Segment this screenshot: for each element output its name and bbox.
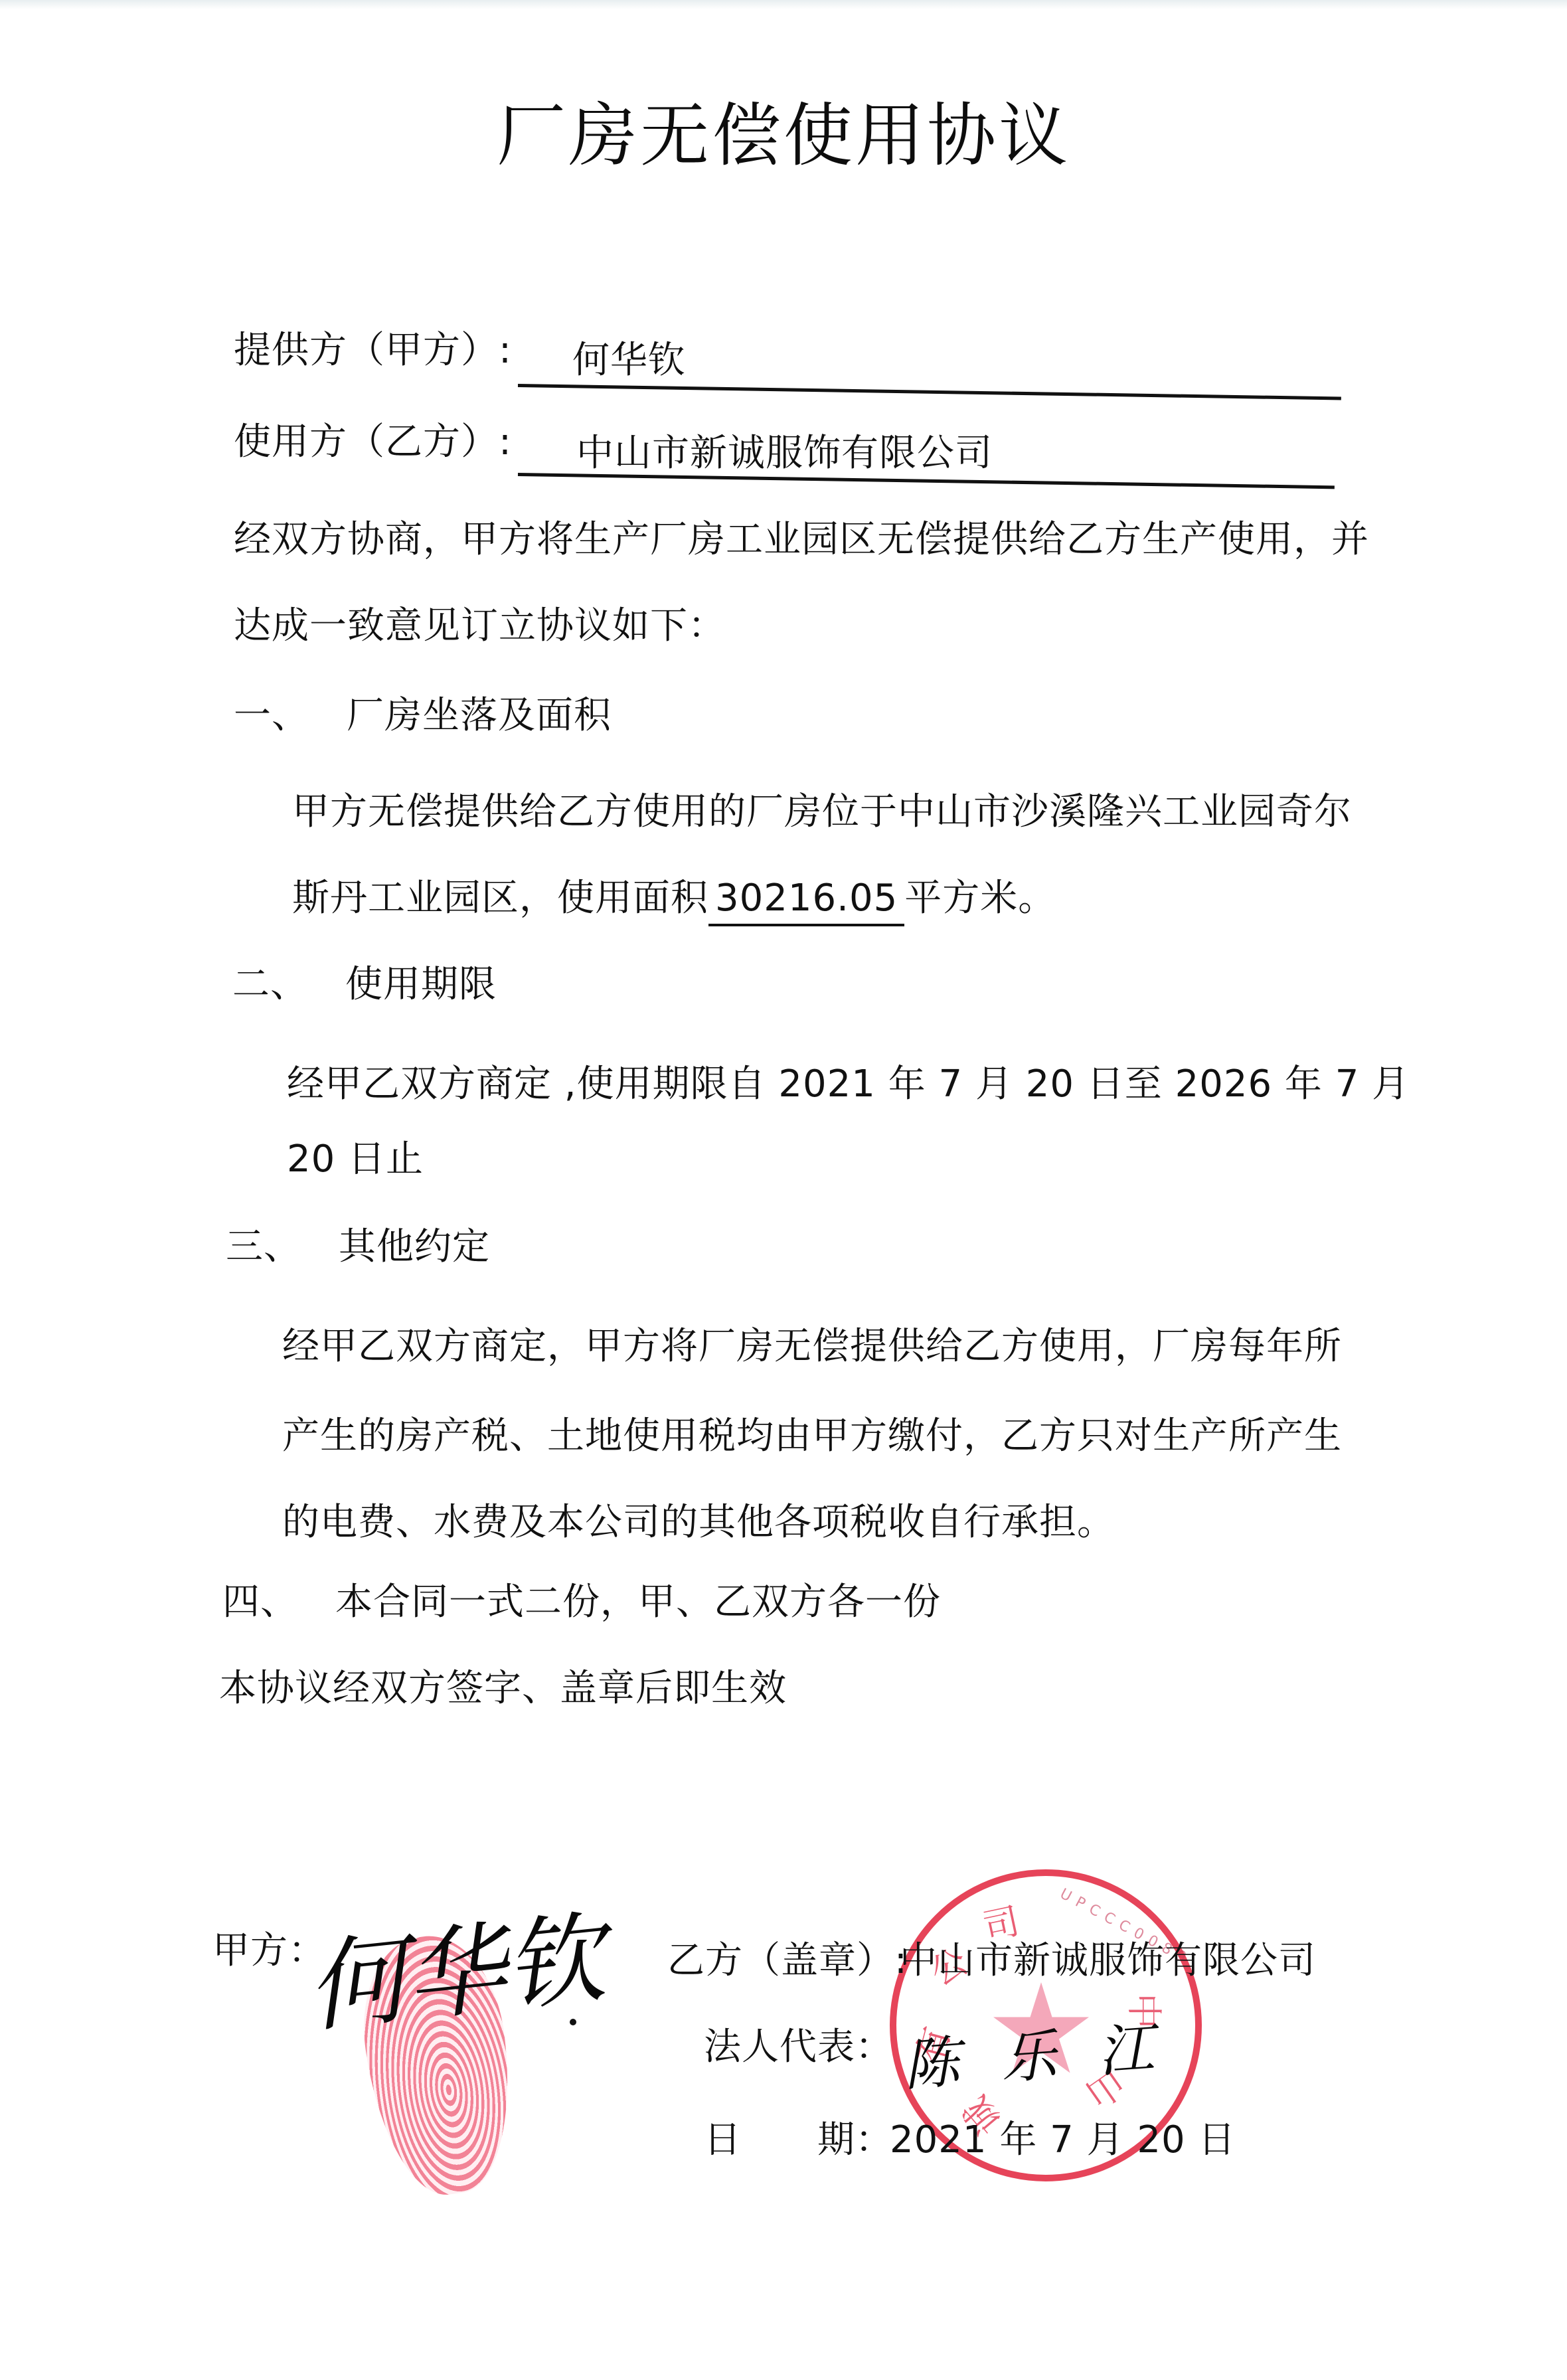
section-4-title: 本合同一式二份，甲、乙双方各一份 bbox=[335, 1580, 941, 1624]
section-3-title: 其他约定 bbox=[339, 1225, 490, 1268]
section-1-heading: 一、厂房坐落及面积 bbox=[234, 697, 612, 734]
scan-edge bbox=[0, 0, 1567, 9]
section-4-number: 四、 bbox=[222, 1584, 335, 1621]
user-value: 中山市新诚服饰有限公司 bbox=[576, 435, 993, 472]
section-1-number: 一、 bbox=[234, 697, 347, 734]
section-3-line-2: 产生的房产税、土地使用税均由甲方缴付，乙方只对生产所产生 bbox=[282, 1418, 1342, 1455]
provider-value: 何华钦 bbox=[572, 342, 686, 379]
preamble-line-1: 经双方协商，甲方将生产厂房工业园区无偿提供给乙方生产使用，并 bbox=[234, 521, 1369, 558]
area-unit: 平方米。 bbox=[904, 877, 1056, 920]
user-label: 使用方（乙方）: bbox=[234, 424, 512, 461]
area-prefix: 斯丹工业园区，使用面积 bbox=[292, 877, 708, 920]
section-3-number: 三、 bbox=[226, 1229, 339, 1266]
section-2-title: 使用期限 bbox=[345, 963, 497, 1006]
preamble-line-2: 达成一致意见订立协议如下： bbox=[234, 608, 726, 645]
party-b-company: 中山市新诚服饰有限公司 bbox=[900, 1942, 1316, 1980]
section-3-line-3: 的电费、水费及本公司的其他各项税收自行承担。 bbox=[282, 1504, 1115, 1541]
section-1-line-1: 甲方无偿提供给乙方使用的厂房位于中山市沙溪隆兴工业园奇尔 bbox=[292, 794, 1352, 831]
section-3-heading: 三、其他约定 bbox=[226, 1229, 490, 1266]
party-b-label: 乙方（盖章）: bbox=[667, 1942, 908, 1980]
signature-dot bbox=[570, 2019, 576, 2025]
effective-clause: 本协议经双方签字、盖章后即生效 bbox=[219, 1670, 787, 1707]
provider-underline bbox=[518, 384, 1341, 400]
section-1-line-2: 斯丹工业园区，使用面积30216.05平方米。 bbox=[292, 880, 1056, 917]
section-2-heading: 二、使用期限 bbox=[232, 966, 497, 1003]
area-value: 30216.05 bbox=[708, 877, 904, 926]
user-underline bbox=[518, 473, 1335, 489]
section-2-number: 二、 bbox=[232, 966, 345, 1003]
section-2-line-1: 经甲乙双方商定 ,使用期限自 2021 年 7 月 20 日至 2026 年 7… bbox=[287, 1066, 1410, 1103]
provider-label: 提供方（甲方）: bbox=[234, 332, 512, 369]
date-value: 2021 年 7 月 20 日 bbox=[890, 2122, 1236, 2159]
section-2-line-2: 20 日止 bbox=[287, 1141, 424, 1178]
section-4-heading: 四、本合同一式二份，甲、乙双方各一份 bbox=[222, 1584, 941, 1621]
legal-rep-label: 法人代表： bbox=[704, 2029, 893, 2066]
document-title: 厂房无偿使用协议 bbox=[0, 80, 1567, 179]
section-3-line-1: 经甲乙双方商定，甲方将厂房无偿提供给乙方使用，厂房每年所 bbox=[282, 1328, 1342, 1365]
section-1-title: 厂房坐落及面积 bbox=[347, 694, 612, 737]
party-a-signature: 何华钦 bbox=[299, 1877, 611, 2051]
date-label: 日 期： bbox=[704, 2122, 893, 2159]
